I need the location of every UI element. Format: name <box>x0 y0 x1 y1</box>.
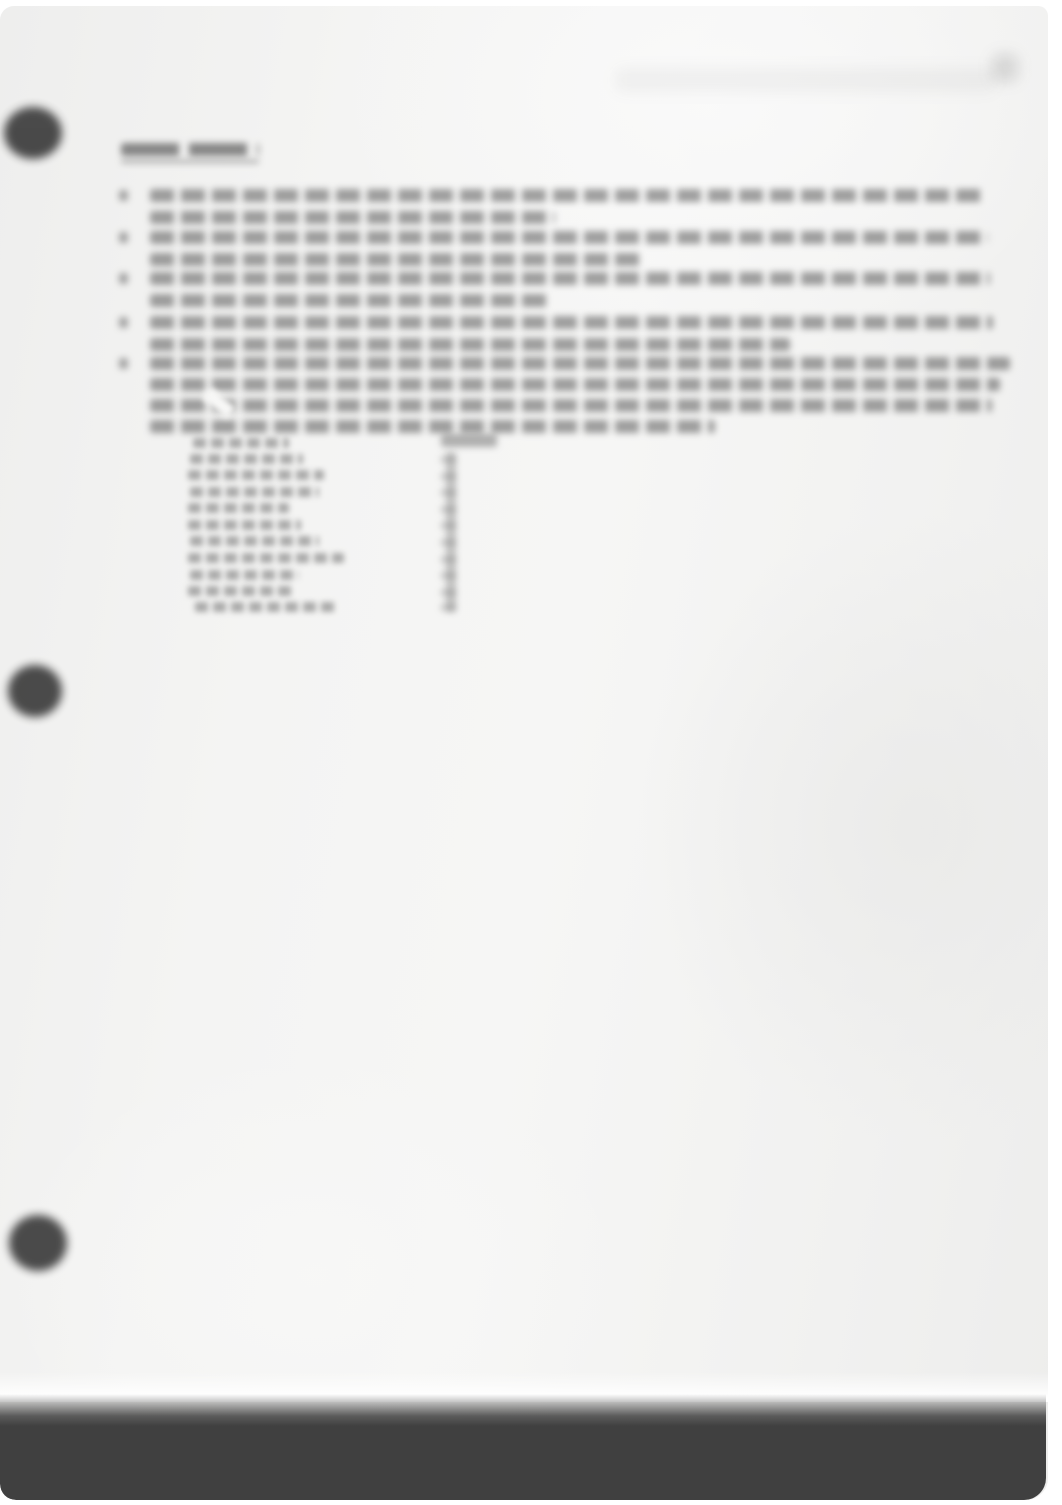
amount-row-smear <box>440 473 456 480</box>
problem-line-smear <box>150 211 555 224</box>
amount-row-smear <box>440 539 456 546</box>
amount-row-smear <box>440 456 456 463</box>
amount-row-smear <box>440 572 456 579</box>
account-row-smear <box>190 487 319 497</box>
account-row-smear <box>190 536 319 546</box>
ghost-header-smear <box>615 68 995 92</box>
amount-row-smear <box>440 489 456 496</box>
account-row-smear <box>188 503 289 513</box>
hole-punch <box>9 1215 67 1271</box>
amount-row-smear <box>440 556 456 563</box>
account-row-smear <box>193 438 289 448</box>
amount-row-smear <box>440 506 456 513</box>
paper <box>0 6 1048 1500</box>
account-row-smear <box>188 553 344 563</box>
problem-line-smear <box>150 294 547 307</box>
problem-line-smear <box>150 231 988 244</box>
problem-number-smear <box>119 317 128 328</box>
account-row-smear <box>188 520 301 530</box>
problem-line-smear <box>150 272 990 285</box>
amount-row-smear <box>440 589 456 596</box>
problem-line-smear <box>150 338 790 351</box>
amount-column-header-smear <box>441 434 497 447</box>
scanner-bottom-bar <box>0 1394 1046 1500</box>
hole-punch <box>4 107 62 159</box>
amount-row-smear <box>440 604 456 611</box>
hole-punch <box>8 665 62 717</box>
problem-number-smear <box>119 358 128 369</box>
problem-line-smear <box>150 253 640 266</box>
problem-number-smear <box>119 273 128 284</box>
problem-line-smear <box>150 316 993 329</box>
problem-number-smear <box>119 190 128 201</box>
problem-line-smear <box>150 189 984 202</box>
account-row-smear <box>188 470 324 480</box>
account-row-smear <box>195 602 338 612</box>
account-row-smear <box>190 570 299 580</box>
account-row-smear <box>190 454 303 464</box>
title-underline-smear <box>121 160 259 163</box>
page-number-smudge <box>992 54 1018 82</box>
problem-line-smear <box>150 357 1010 370</box>
account-row-smear <box>188 586 294 596</box>
problem-line-smear <box>150 378 1000 391</box>
white-wedge-artifact <box>202 387 236 418</box>
amount-row-smear <box>440 522 456 529</box>
problem-line-smear <box>150 399 992 412</box>
problem-line-smear <box>150 420 715 433</box>
problem-number-smear <box>119 232 128 243</box>
scanned-document-screenshot: { "document": { "kind": "scanned homewor… <box>0 0 1062 1505</box>
title-smear <box>121 143 259 156</box>
